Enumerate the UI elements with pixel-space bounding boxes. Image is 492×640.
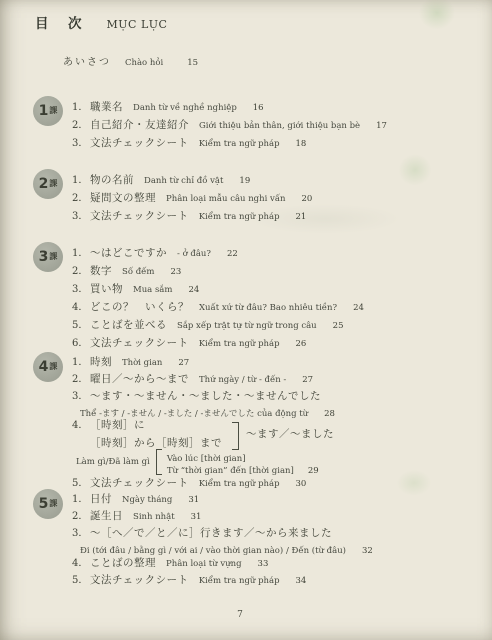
item-page-number: 24 <box>353 299 364 317</box>
badge-number: 2 <box>39 177 49 191</box>
item-title-vi: Phân loại mẫu câu nghi vấn <box>166 190 286 208</box>
item-page-number: 18 <box>296 135 307 153</box>
lesson-1-items: 1．職業名Danh từ về nghề nghiệp16 2．自己紹介・友達紹… <box>72 98 387 152</box>
item-title-jp: ～はどこですか <box>90 244 167 262</box>
toc-item: 3．文法チェックシートKiểm tra ngữ pháp18 <box>72 134 387 152</box>
item-title-jp: 職業名 <box>90 98 123 116</box>
item-title-jp: 物の名前 <box>90 171 134 189</box>
lesson-2-items: 1．物の名前Danh từ chỉ đồ vật19 2．疑問文の整理Phân … <box>72 171 312 225</box>
lesson-3-items: 1．～はどこですか- ở đâu?22 2．数字Số đếm23 3．買い物Mu… <box>72 244 364 352</box>
item-number: 2． <box>72 508 90 525</box>
item-title-jp: ～［へ／で／と／に］行きます／～から来ました <box>90 525 332 541</box>
item-vi-lines: Vào lúc [thời gian] Từ “thời gian” đến [… <box>167 450 319 474</box>
toc-item: 3．～ます・～ません・～ました・～ませんでした Thể -ます / -ません /… <box>72 388 335 418</box>
item-title-vi: Giới thiệu bản thân, giới thiệu bạn bè <box>199 117 360 135</box>
item-line-vi: Vào lúc [thời gian] <box>167 450 319 462</box>
toc-item: 4．どこの？ いくら？Xuất xứ từ đâu? Bao nhiêu tiề… <box>72 298 364 316</box>
item-page-number: 24 <box>188 281 199 299</box>
lesson-5-items: 1．日付Ngày tháng31 2．誕生日Sinh nhật31 3．～［へ／… <box>72 491 373 589</box>
item-title-jp: ことばを並べる <box>90 316 167 334</box>
item-page-number: 27 <box>178 355 189 372</box>
lesson-5-badge: 5課 <box>33 489 63 519</box>
item-title-vi: Ngày tháng <box>122 492 172 509</box>
bleed-through-spot <box>392 148 438 192</box>
right-bracket <box>232 422 239 450</box>
item-title-vi: Sắp xếp trật tự từ ngữ trong câu <box>177 317 317 335</box>
toc-item: 2．数字Số đếm23 <box>72 262 364 280</box>
scanned-toc-page: 目 次MỤC LỤC あいさつChào hỏi15 1課 1．職業名Danh t… <box>0 0 492 640</box>
item-title-jp: 誕生日 <box>90 508 123 525</box>
toc-item: 1．日付Ngày tháng31 <box>72 491 373 508</box>
item-page-number: 26 <box>296 335 307 353</box>
badge-suffix: 課 <box>49 363 57 371</box>
toc-item: 1．物の名前Danh từ chỉ đồ vật19 <box>72 171 312 189</box>
item-line-vi: Từ “thời gian” đến [thời gian]29 <box>167 462 319 474</box>
item-page-number: 21 <box>296 208 307 226</box>
item-title-vi: Kiểm tra ngữ pháp <box>199 573 280 590</box>
toc-item-grammar-pattern: 4．［時刻］に ［時刻］から［時刻］まで ～ます／～ました Làm gì/Đã … <box>72 418 335 475</box>
toc-item: 3．～［へ／で／と／に］行きます／～から来ました Đi (tới đâu / b… <box>72 525 373 555</box>
lesson-2-badge: 2課 <box>33 169 63 199</box>
entry-japanese: あいさつ <box>63 57 111 68</box>
lesson-4-items: 1．時刻Thời gian27 2．曜日／～から～までThứ ngày / từ… <box>72 354 335 492</box>
item-page-number: 29 <box>308 466 319 476</box>
badge-number: 5 <box>39 497 49 511</box>
item-line-vi: Thể -ます / -ません / -ました / -ませんでした của động… <box>80 404 335 418</box>
item-title-vi: Thứ ngày / từ - đến - <box>199 372 286 389</box>
toc-item: 5．ことばを並べるSắp xếp trật tự từ ngữ trong câ… <box>72 316 364 334</box>
toc-item: 5．文法チェックシートKiểm tra ngữ pháp34 <box>72 572 373 589</box>
item-title-vi: Sinh nhật <box>133 509 175 526</box>
item-number: 2． <box>72 117 90 135</box>
item-title-jp: ことばの整理 <box>90 555 156 572</box>
item-title-jp: 数字 <box>90 262 112 280</box>
item-number: 4． <box>72 299 90 317</box>
item-title-jp-right: ～ます／～ました <box>246 426 334 441</box>
item-number: 3． <box>72 281 90 299</box>
item-number: 3． <box>72 526 90 542</box>
toc-item: 2．曜日／～から～までThứ ngày / từ - đến -27 <box>72 371 335 388</box>
bleed-through-spot <box>390 465 438 501</box>
item-line-jp: 3．～ます・～ません・～ました・～ませんでした <box>72 388 335 404</box>
entry-page-number: 15 <box>187 58 198 68</box>
item-number: 4． <box>72 418 90 433</box>
item-number: 6． <box>72 335 90 353</box>
item-title-vi: Từ “thời gian” đến [thời gian] <box>167 466 294 476</box>
item-number: 1． <box>72 354 90 371</box>
item-page-number: 31 <box>191 509 202 526</box>
lesson-4-section: 4課 1．時刻Thời gian27 2．曜日／～から～までThứ ngày /… <box>33 352 335 492</box>
item-title-vi: Xuất xứ từ đâu? Bao nhiêu tiền? <box>199 299 337 317</box>
left-bracket <box>156 449 162 475</box>
item-number: 5． <box>72 572 90 589</box>
title-japanese: 目 次 <box>35 16 85 32</box>
item-number: 2． <box>72 190 90 208</box>
item-page-number: 17 <box>376 117 387 135</box>
item-number: 2． <box>72 263 90 281</box>
toc-item: 2．誕生日Sinh nhật31 <box>72 508 373 525</box>
item-title-jp: 文法チェックシート <box>90 207 189 225</box>
item-title-vi: Danh từ chỉ đồ vật <box>144 172 223 190</box>
item-page-number: 23 <box>170 263 181 281</box>
item-title-vi: Kiểm tra ngữ pháp <box>199 208 280 226</box>
item-title-jp: 買い物 <box>90 280 123 298</box>
item-title-vi: Kiểm tra ngữ pháp <box>199 335 280 353</box>
item-page-number: 25 <box>333 317 344 335</box>
page-title: 目 次MỤC LỤC <box>35 12 167 32</box>
item-number: 2． <box>72 371 90 388</box>
lesson-5-section: 5課 1．日付Ngày tháng31 2．誕生日Sinh nhật31 3．～… <box>33 489 373 589</box>
badge-suffix: 課 <box>49 180 57 188</box>
item-title-vi: Phân loại từ vựng <box>166 556 242 573</box>
badge-suffix: 課 <box>49 107 57 115</box>
item-page-number: 20 <box>302 190 313 208</box>
lesson-3-badge: 3課 <box>33 242 63 272</box>
item-title-vi: Mua sắm <box>133 281 172 299</box>
badge-number: 1 <box>39 104 49 118</box>
item-title-jp: 曜日／～から～まで <box>90 371 189 388</box>
item-page-number: 19 <box>239 172 250 190</box>
item-vi-label: Làm gì/Đã làm gì <box>76 457 150 467</box>
toc-item: 3．買い物Mua sắm24 <box>72 280 364 298</box>
badge-suffix: 課 <box>49 500 57 508</box>
item-page-number: 32 <box>362 546 373 556</box>
toc-item: 1．～はどこですか- ở đâu?22 <box>72 244 364 262</box>
item-page-number: 22 <box>227 245 238 263</box>
item-number: 3． <box>72 208 90 226</box>
badge-suffix: 課 <box>49 253 57 261</box>
item-line-jp: 3．～［へ／で／と／に］行きます／～から来ました <box>72 525 373 541</box>
item-title-jp: ［時刻］に <box>90 418 145 433</box>
item-number: 1． <box>72 245 90 263</box>
toc-item: 2．自己紹介・友達紹介Giới thiệu bản thân, giới thi… <box>72 116 387 134</box>
item-number: 5． <box>72 317 90 335</box>
item-title-jp: 文法チェックシート <box>90 334 189 352</box>
item-title-vi: Số đếm <box>122 263 154 281</box>
item-number: 3． <box>72 389 90 405</box>
toc-item: 2．疑問文の整理Phân loại mẫu câu nghi vấn20 <box>72 189 312 207</box>
item-title-jp: どこの？ いくら？ <box>90 298 189 316</box>
toc-item: 1．時刻Thời gian27 <box>72 354 335 371</box>
item-title-jp: 文法チェックシート <box>90 134 189 152</box>
item-number: 1． <box>72 491 90 508</box>
lesson-1-badge: 1課 <box>33 96 63 126</box>
badge-number: 4 <box>39 360 49 374</box>
item-number: 4． <box>72 555 90 572</box>
item-line-vi: Đi (tới đâu / bằng gì / với ai / vào thờ… <box>80 541 373 555</box>
bleed-through-spot <box>412 0 462 36</box>
item-number: 3． <box>72 135 90 153</box>
title-vietnamese: MỤC LỤC <box>107 18 168 31</box>
toc-item: 4．ことばの整理Phân loại từ vựng33 <box>72 555 373 572</box>
item-number: 1． <box>72 99 90 117</box>
toc-entry-greetings: あいさつChào hỏi15 <box>63 50 198 69</box>
lesson-2-section: 2課 1．物の名前Danh từ chỉ đồ vật19 2．疑問文の整理Ph… <box>33 169 312 225</box>
item-page-number: 16 <box>253 99 264 117</box>
item-title-vi: Kiểm tra ngữ pháp <box>199 135 280 153</box>
item-title-vi: Thời gian <box>122 355 162 372</box>
item-title-jp: 文法チェックシート <box>90 572 189 589</box>
item-page-number: 34 <box>296 573 307 590</box>
badge-number: 3 <box>39 250 49 264</box>
item-page-number: 31 <box>188 492 199 509</box>
item-title-jp: ～ます・～ません・～ました・～ませんでした <box>90 388 321 404</box>
entry-vietnamese: Chào hỏi <box>125 58 163 68</box>
lesson-3-section: 3課 1．～はどこですか- ở đâu?22 2．数字Số đếm23 3．買い… <box>33 242 364 352</box>
toc-item: 6．文法チェックシートKiểm tra ngữ pháp26 <box>72 334 364 352</box>
toc-item: 3．文法チェックシートKiểm tra ngữ pháp21 <box>72 207 312 225</box>
lesson-1-section: 1課 1．職業名Danh từ về nghề nghiệp16 2．自己紹介・… <box>33 96 387 152</box>
item-page-number: 27 <box>302 372 313 389</box>
page-number: 7 <box>0 610 480 620</box>
item-vi-bracket-group: Làm gì/Đã làm gì Vào lúc [thời gian] Từ … <box>76 449 335 475</box>
lesson-4-badge: 4課 <box>33 352 63 382</box>
item-title-jp: 疑問文の整理 <box>90 189 156 207</box>
item-title-vi: - ở đâu? <box>177 245 211 263</box>
item-title-vi: Danh từ về nghề nghiệp <box>133 99 237 117</box>
item-number: 1． <box>72 172 90 190</box>
item-title-jp: 日付 <box>90 491 112 508</box>
item-title-jp: ［時刻］から［時刻］まで <box>90 437 222 449</box>
toc-item: 1．職業名Danh từ về nghề nghiệp16 <box>72 98 387 116</box>
item-title-jp: 自己紹介・友達紹介 <box>90 116 189 134</box>
item-title-jp: 時刻 <box>90 354 112 371</box>
item-page-number: 33 <box>258 556 269 573</box>
